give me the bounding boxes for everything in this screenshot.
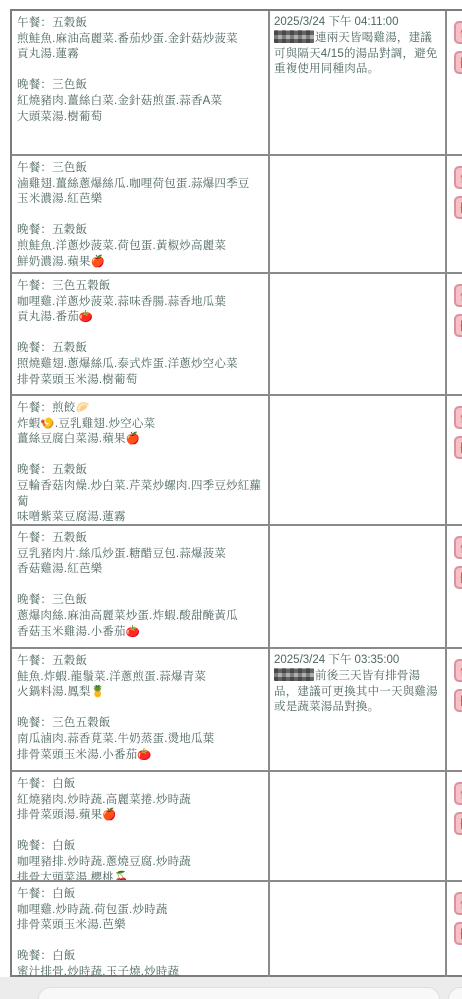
actions-cell: 修改 刪除 — [447, 649, 462, 770]
menu-text: 午餐：煎餃🥟 炸蝦🍤.豆乳雞翅.炒空心菜 薑絲豆腐白菜湯.蘋果🍎 晚餐：五穀飯 … — [17, 401, 264, 524]
delete-button[interactable]: 刪除 — [454, 689, 462, 712]
censored-name — [274, 30, 314, 43]
comment-timestamp: 2025/3/24 下午 03:35:00 — [274, 653, 440, 668]
comment-note: 連兩天皆喝雞湯，建議可與隔天4/15的湯品對調，避免重複使用同種肉品。 — [274, 30, 440, 78]
menu-text: 午餐：三色飯 滷雞翅.薑絲蔥爆絲瓜.咖哩荷包蛋.蒜爆四季豆 玉米濃湯.紅芭樂 晚… — [17, 161, 264, 270]
edit-button[interactable]: 修改 — [454, 406, 462, 429]
censored-name — [274, 668, 314, 681]
menu-text: 午餐：白飯 紅燒豬肉.炒時蔬.高麗菜捲.炒時蔬 排骨菜頭湯.蘋果🍎 晚餐：白飯 … — [17, 777, 264, 880]
delete-button[interactable]: 刪除 — [454, 51, 462, 74]
delete-button[interactable]: 刪除 — [454, 436, 462, 459]
edit-button[interactable]: 修改 — [454, 892, 462, 915]
actions-cell: 修改 刪除 — [447, 396, 462, 524]
delete-button[interactable]: 刪除 — [454, 566, 462, 589]
edit-button[interactable]: 修改 — [454, 659, 462, 682]
table-row: 午餐：五穀飯 豆乳豬肉片.絲瓜炒蛋.糖醋豆包.蒜爆菠菜 香菇雞湯.紅芭樂 晚餐：… — [12, 526, 462, 649]
comment-timestamp: 2025/3/24 下午 04:11:00 — [274, 15, 440, 30]
table-row: 午餐：三色五穀飯 咖哩雞.洋蔥炒菠菜.蒜味香腸.蒜香地瓜葉 貢丸湯.番茄🍅 晚餐… — [12, 274, 462, 396]
delete-button[interactable]: 刪除 — [454, 196, 462, 219]
comment-cell — [270, 396, 447, 524]
comment-cell — [270, 156, 447, 272]
menu-cell: 午餐：白飯 紅燒豬肉.炒時蔬.高麗菜捲.炒時蔬 排骨菜頭湯.蘋果🍎 晚餐：白飯 … — [12, 772, 270, 880]
menu-text: 午餐：白飯 咖哩雞.炒時蔬.荷包蛋.炒時蔬 排骨菜頭玉米湯.芭樂 晚餐：白飯 蜜… — [17, 887, 264, 977]
bottom-overlay — [0, 977, 462, 999]
bottom-sheet-panel[interactable] — [38, 987, 440, 999]
menu-cell: 午餐：三色五穀飯 咖哩雞.洋蔥炒菠菜.蒜味香腸.蒜香地瓜葉 貢丸湯.番茄🍅 晚餐… — [12, 274, 270, 394]
delete-button[interactable]: 刪除 — [454, 922, 462, 945]
delete-button[interactable]: 刪除 — [454, 314, 462, 337]
menu-cell: 午餐：五穀飯 豆乳豬肉片.絲瓜炒蛋.糖醋豆包.蒜爆菠菜 香菇雞湯.紅芭樂 晚餐：… — [12, 526, 270, 647]
menu-text: 午餐：三色五穀飯 咖哩雞.洋蔥炒菠菜.蒜味香腸.蒜香地瓜葉 貢丸湯.番茄🍅 晚餐… — [17, 279, 264, 388]
actions-cell: 修改 刪除 — [447, 526, 462, 647]
menu-text: 午餐：五穀飯 煎鮭魚.麻油高麗菜.番茄炒蛋.金針菇炒菠菜 貢丸湯.蓮霧 晚餐：三… — [17, 16, 264, 125]
edit-button[interactable]: 修改 — [454, 284, 462, 307]
actions-cell: 修改 刪除 — [447, 11, 462, 154]
comment-cell: 2025/3/24 下午 03:35:00 前後三天皆有排骨湯品，建議可更換其中… — [270, 649, 447, 770]
actions-cell: 修改 刪除 — [447, 772, 462, 880]
delete-button[interactable]: 刪除 — [454, 812, 462, 835]
menu-cell: 午餐：五穀飯 煎鮭魚.麻油高麗菜.番茄炒蛋.金針菇炒菠菜 貢丸湯.蓮霧 晚餐：三… — [12, 11, 270, 154]
edit-button[interactable]: 修改 — [454, 536, 462, 559]
comment-cell — [270, 772, 447, 880]
comment-cell — [270, 882, 447, 977]
table-row: 午餐：白飯 咖哩雞.炒時蔬.荷包蛋.炒時蔬 排骨菜頭玉米湯.芭樂 晚餐：白飯 蜜… — [12, 882, 462, 977]
menu-cell: 午餐：煎餃🥟 炸蝦🍤.豆乳雞翅.炒空心菜 薑絲豆腐白菜湯.蘋果🍎 晚餐：五穀飯 … — [12, 396, 270, 524]
comment-note: 前後三天皆有排骨湯品，建議可更換其中一天與雞湯或是蔬菜湯品對換。 — [274, 668, 440, 716]
meal-menu-table: 午餐：五穀飯 煎鮭魚.麻油高麗菜.番茄炒蛋.金針菇炒菠菜 貢丸湯.蓮霧 晚餐：三… — [10, 9, 462, 977]
menu-cell: 午餐：五穀飯 鮭魚.炸蝦.龍鬚菜.洋蔥煎蛋.蒜爆青菜 火鍋料湯.鳳梨🍍 晚餐：三… — [12, 649, 270, 770]
actions-cell: 修改 刪除 — [447, 882, 462, 977]
edit-button[interactable]: 修改 — [454, 166, 462, 189]
menu-cell: 午餐：白飯 咖哩雞.炒時蔬.荷包蛋.炒時蔬 排骨菜頭玉米湯.芭樂 晚餐：白飯 蜜… — [12, 882, 270, 977]
comment-cell: 2025/3/24 下午 04:11:00 連兩天皆喝雞湯，建議可與隔天4/15… — [270, 11, 447, 154]
table-row: 午餐：五穀飯 煎鮭魚.麻油高麗菜.番茄炒蛋.金針菇炒菠菜 貢丸湯.蓮霧 晚餐：三… — [12, 11, 462, 156]
actions-cell: 修改 刪除 — [447, 274, 462, 394]
comment-cell — [270, 274, 447, 394]
table-row: 午餐：五穀飯 鮭魚.炸蝦.龍鬚菜.洋蔥煎蛋.蒜爆青菜 火鍋料湯.鳳梨🍍 晚餐：三… — [12, 649, 462, 772]
edit-button[interactable]: 修改 — [454, 21, 462, 44]
bottom-sheet-side-panel[interactable] — [448, 987, 462, 999]
menu-text: 午餐：五穀飯 豆乳豬肉片.絲瓜炒蛋.糖醋豆包.蒜爆菠菜 香菇雞湯.紅芭樂 晚餐：… — [17, 531, 264, 640]
menu-text: 午餐：五穀飯 鮭魚.炸蝦.龍鬚菜.洋蔥煎蛋.蒜爆青菜 火鍋料湯.鳳梨🍍 晚餐：三… — [17, 654, 264, 763]
table-row: 午餐：三色飯 滷雞翅.薑絲蔥爆絲瓜.咖哩荷包蛋.蒜爆四季豆 玉米濃湯.紅芭樂 晚… — [12, 156, 462, 274]
actions-cell: 修改 刪除 — [447, 156, 462, 272]
table-row: 午餐：白飯 紅燒豬肉.炒時蔬.高麗菜捲.炒時蔬 排骨菜頭湯.蘋果🍎 晚餐：白飯 … — [12, 772, 462, 882]
comment-cell — [270, 526, 447, 647]
menu-cell: 午餐：三色飯 滷雞翅.薑絲蔥爆絲瓜.咖哩荷包蛋.蒜爆四季豆 玉米濃湯.紅芭樂 晚… — [12, 156, 270, 272]
edit-button[interactable]: 修改 — [454, 782, 462, 805]
table-row: 午餐：煎餃🥟 炸蝦🍤.豆乳雞翅.炒空心菜 薑絲豆腐白菜湯.蘋果🍎 晚餐：五穀飯 … — [12, 396, 462, 526]
